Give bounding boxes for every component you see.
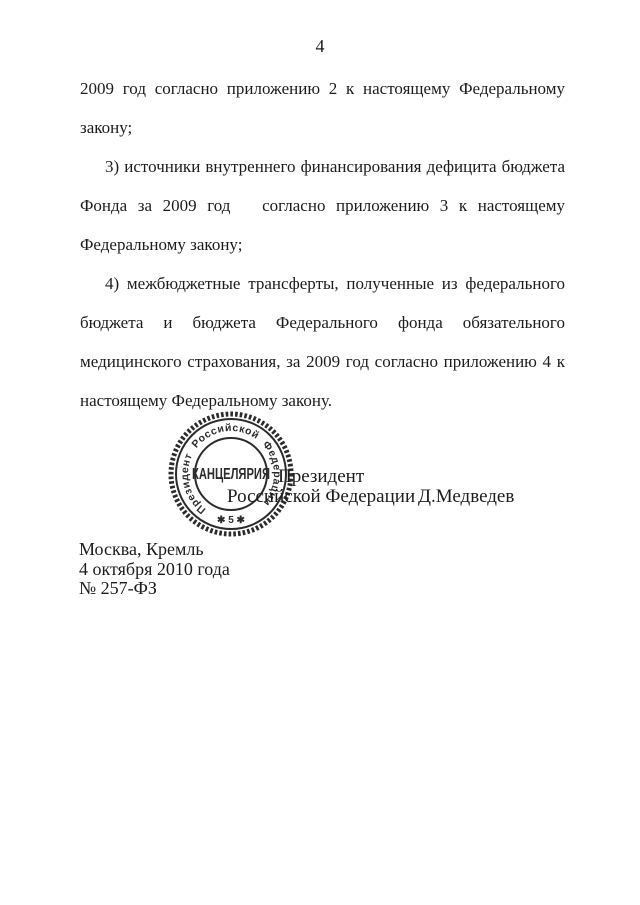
document-page: 4 2009 год согласно приложению 2 к насто… xyxy=(0,0,640,905)
page-number: 4 xyxy=(0,36,640,57)
paragraph-line: медицинского страхования, за 2009 год со… xyxy=(80,342,565,381)
paragraph-line: 2009 год согласно приложению 2 к настоящ… xyxy=(80,69,565,108)
paragraph-line: 4) межбюджетные трансферты, полученные и… xyxy=(80,264,565,303)
signature-name: Д.Медведев xyxy=(418,486,514,508)
paragraph-line: бюджета и бюджета Федерального фонда обя… xyxy=(80,303,565,342)
paragraph-line: закону; xyxy=(80,108,565,147)
issuance-block: Москва, Кремль 4 октября 2010 года № 257… xyxy=(79,540,230,599)
stamp-bottom-text: ✱ 5 ✱ xyxy=(217,515,245,526)
chancellery-stamp-icon: Президент Российской Федерации КАНЦЕЛЯРИ… xyxy=(166,409,296,539)
paragraph-line: настоящему Федеральному закону. xyxy=(80,381,565,420)
issuance-date: 4 октября 2010 года xyxy=(79,560,230,580)
document-body: 2009 год согласно приложению 2 к настоящ… xyxy=(80,69,565,420)
paragraph-line: Федеральному закону; xyxy=(80,225,565,264)
paragraph-line: 3) источники внутреннего финансирования … xyxy=(80,147,565,186)
stamp-center-text: КАНЦЕЛЯРИЯ xyxy=(192,466,270,483)
issuance-number: № 257-ФЗ xyxy=(79,579,230,599)
issuance-place: Москва, Кремль xyxy=(79,540,230,560)
paragraph-line: Фонда за 2009 год согласно приложению 3 … xyxy=(80,186,565,225)
